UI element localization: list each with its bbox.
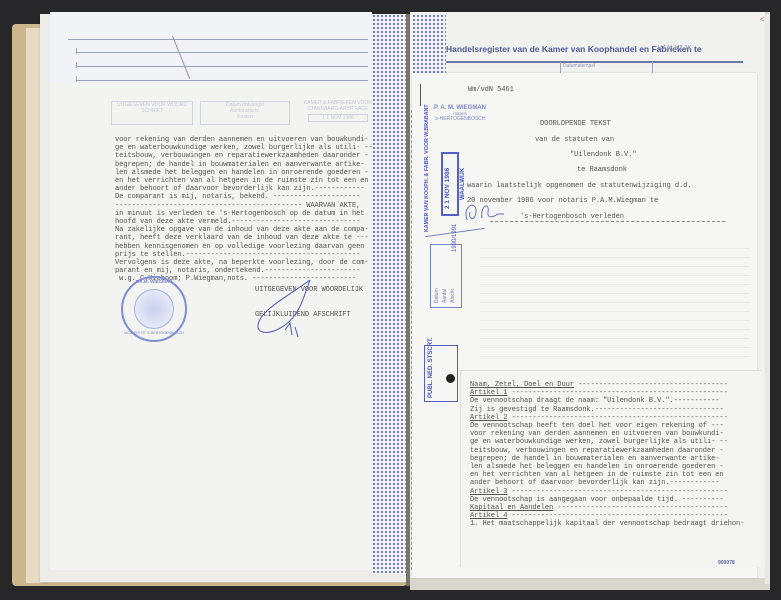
security-pattern-strip [372,14,406,574]
title-separator [490,221,725,222]
margin-mark [420,84,421,106]
article-line: Naam, Zetel, Doel en Duur --------------… [470,381,744,389]
receipt-handwriting: 1990/1991 [452,224,458,252]
article-line: ge en waterbouwkundige werken, zowel bur… [470,438,744,446]
corner-mark: < [760,15,765,24]
article-line: De vennootschap is aangegaan voor onbepa… [470,496,744,504]
text-line: prijs te stellen.-----------------------… [115,251,373,259]
reference-number: Wm/vdN 5461 [468,86,514,94]
text-line: ge en waterbouwkundige werken, zowel bur… [115,144,373,152]
article-line: ander behoort of daarvoor bevorderlijk k… [470,479,744,487]
kvk-stamp-label: KAMER VAN KOOPH. & FABR. VOOR W.BRABANT [424,152,436,232]
punch-hole [446,374,455,383]
text-line: Na zakelijke opgave van de inhoud van de… [115,226,373,234]
text-line: voor rekening van derden aannemen en uit… [115,136,373,144]
publication-stamp-text: PUBL. NED. STSCRT. [428,346,434,398]
text-line: begrepen; de handel in bouwmaterialen en… [115,161,373,169]
coat-of-arms-icon [134,289,174,329]
text-line: teitsbouw, verbouwingen en reparatiewerk… [115,152,373,160]
article-line: 1. Het maatschappelijk kapitaal der venn… [470,520,744,528]
faint-stamp-text: Kosten [201,114,289,120]
article-line: Kapitaal en Aandelen -------------------… [470,504,744,512]
faint-stamp-text: SCHRIFT [112,108,192,114]
kvk-stamp-text: KAMER VAN KOOPH. & FABR. VOOR W.BRABANT [424,152,430,232]
amendment-place-line: 's-Hertogenbosch verleden [520,213,624,221]
form-rule [76,52,368,53]
articles-text: Naam, Zetel, Doel en Duur --------------… [470,381,744,529]
faint-stamp-2: Datum ontvangst Aantal afschr. Kosten [200,101,290,125]
amendment-line: waarin laatstelijk opgenomen de statuten… [467,182,691,190]
receipt-label: Datum [433,247,441,303]
text-line: Vervolgens is deze akte, na beperkte voo… [115,259,373,267]
kvk-town-text: WAALWIJK [460,160,466,200]
text-line: hoofd van deze akte vermeld.------------… [115,218,373,226]
receipt-stamp-labels: Datum Aantal Afschr. [433,247,457,303]
faint-stamp-3: KAMER & FABRIEKEN VOOR STANDAARD-ARBITRA… [302,100,374,124]
article-line: De vennootschap heeft ten doel het voor … [470,422,744,430]
datum-label: Datumstempel [563,63,595,69]
article-line: len alsmede het beleggen en handelen in … [470,463,744,471]
text-line: ander behoort of daarvoor bevorderlijk k… [115,185,373,193]
form-rule [76,80,368,81]
article-line: Zij is gevestigd te Raamsdonk.----------… [470,406,744,414]
company-name: "Uilendonk B.V." [570,151,637,159]
text-line: rant, heeft deze verklaard van de inhoud… [115,234,373,242]
form-header-left [50,12,372,82]
text-line: hebben kennisgenomen en op volledige voo… [115,243,373,251]
text-line: De comparant is mij, notaris, bekend. --… [115,193,373,201]
article-line: De vennootschap draagt de naam: "Uilendo… [470,397,744,405]
seal-bottom-text: NOTARIS TE 'S-HERTOGENBOSCH [124,331,184,335]
article-line: Artikel 4 ------------------------------… [470,512,744,520]
text-line: ----------------------------------------… [115,202,373,210]
article-line: Artikel 3 ------------------------------… [470,488,744,496]
publication-stamp: PUBL. NED. STSCRT. [424,345,458,402]
form-rule [68,39,368,40]
show-through-text [480,240,750,360]
faint-stamp-1: UITGEGEVEN VOOR WOORD SCHRIFT [111,101,193,125]
notary-city: 's-HERTOGENBOSCH [430,116,490,122]
receipt-label: Aantal [441,247,449,303]
faint-stamp-text: STANDAARD-ARBITRAGE [302,106,374,112]
article-line: teitsbouw, verbouwingen en reparatiewerk… [470,447,744,455]
initials-signature [462,200,507,225]
receipt-label: Afschr. [449,247,457,303]
text-line: en het verrichten van al hetgeen in de r… [115,177,373,185]
form-tick [76,76,77,82]
footer-code: 900078 [718,560,735,566]
faint-stamp-date: 1 1 NOV 1986 [308,114,368,122]
text-line: len alsmede het beleggen en handelen in … [115,169,373,177]
page-edge [765,14,770,584]
text-line: in minuut is verleden te 's-Hertogenbosc… [115,210,373,218]
left-body-text: voor rekening van derden aannemen en uit… [115,136,373,284]
signature-left [250,275,320,345]
article-line: begrepen; de handel in bouwmaterialen en… [470,455,744,463]
form-rule [76,66,368,67]
form-tick [76,62,77,68]
company-location: te Raamsdonk [577,166,627,174]
article-line: voor rekening van derden aannemen en uit… [470,430,744,438]
notary-address-stamp: P. A. M. WIEGMAN notaris 's-HERTOGENBOSC… [430,105,490,122]
doc-title: DOORLOPENDE TEKST [540,120,611,128]
article-line: Artikel 2 ------------------------------… [470,414,744,422]
article-line: en het verrichten van al hetgeen in de r… [470,471,744,479]
kvk-stamp-date: 2 1 NOV 1986 [444,154,451,209]
register-town: WAALWIJK [658,45,692,53]
kvk-town-stamp: WAALWIJK [460,160,470,200]
article-line: Artikel 1 ------------------------------… [470,389,744,397]
kvk-date-stamp: 2 1 NOV 1986 [441,152,459,216]
doc-subtitle: van de statuten van [535,136,614,144]
receipt-stamp: Datum Aantal Afschr. [430,244,462,308]
perforation [411,110,413,570]
seal-top-text: P.A.M. WIEGMAN [128,279,180,284]
form-tick [76,48,77,54]
